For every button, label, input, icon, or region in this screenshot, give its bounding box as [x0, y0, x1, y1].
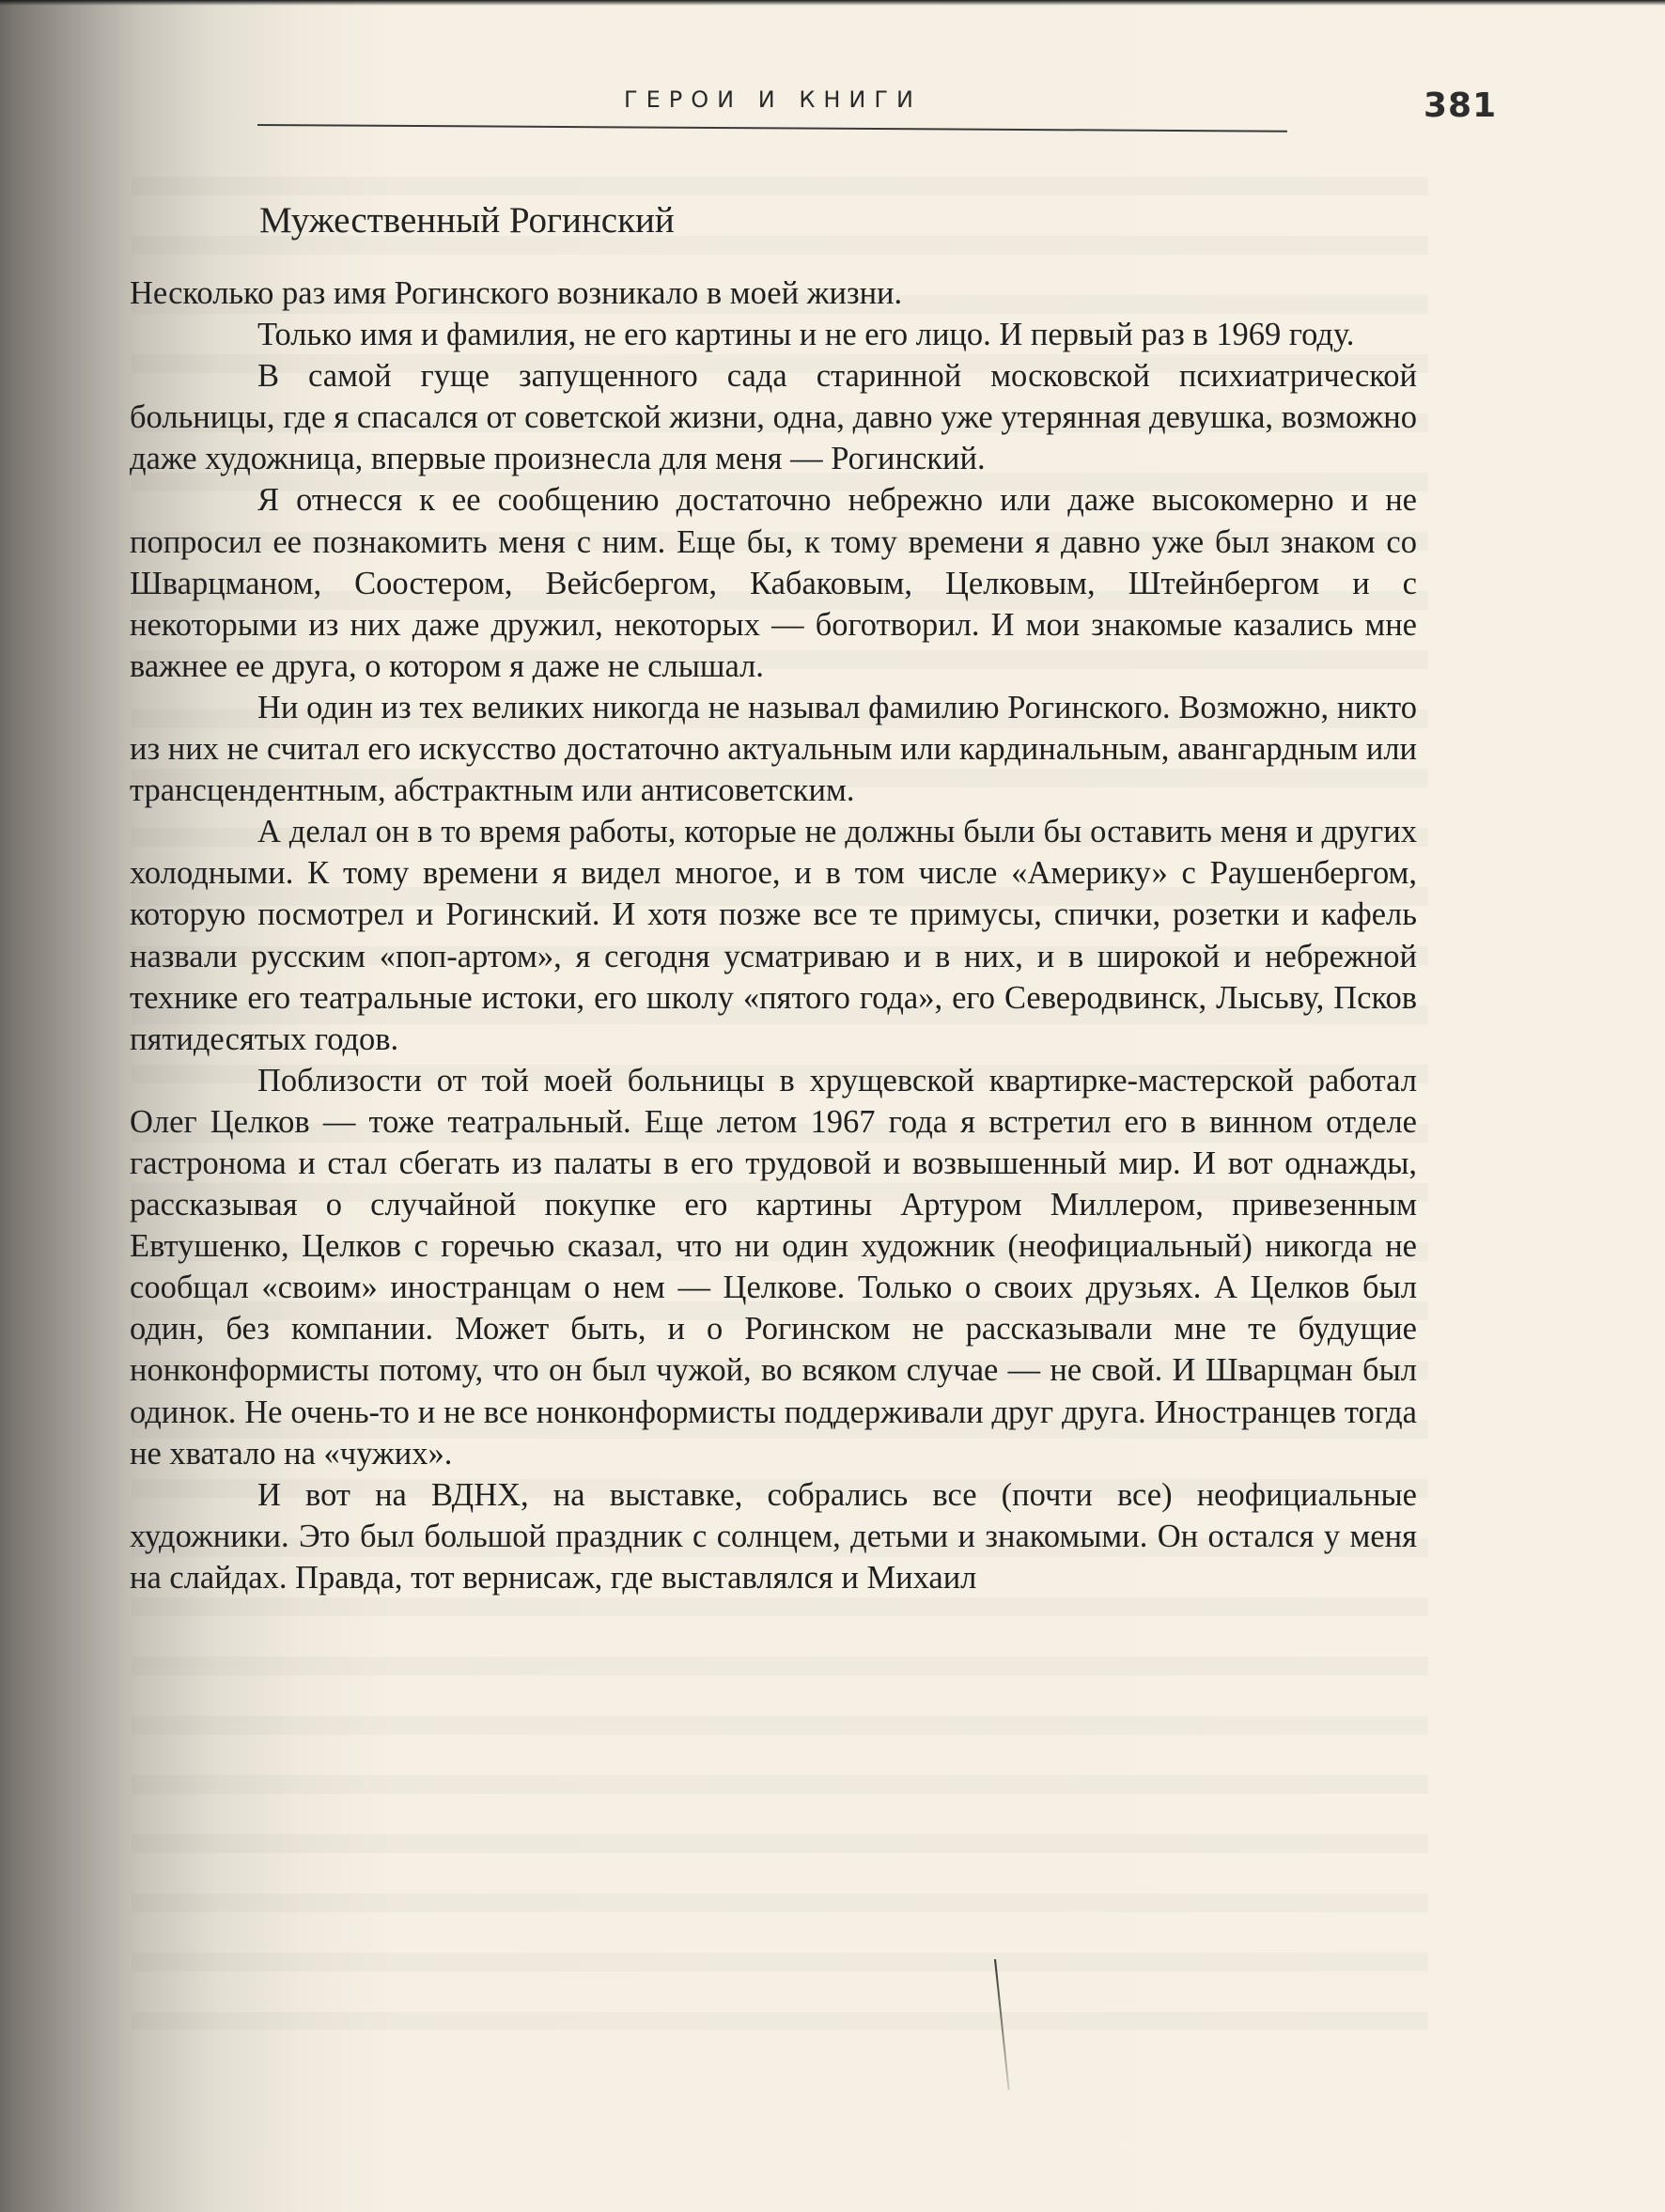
paragraph: А делал он в то время работы, которые не… — [130, 811, 1417, 1060]
running-title: ГЕРОИ И КНИГИ — [624, 86, 922, 113]
paragraph: Ни один из тех великих никогда не называ… — [130, 687, 1417, 811]
book-page: ГЕРОИ И КНИГИ 381 Мужественный Рогинский… — [0, 0, 1665, 2212]
paragraph: В самой гуще запущенного сада старинной … — [130, 355, 1417, 479]
paragraph: Несколько раз имя Рогинского возникало в… — [130, 273, 1417, 314]
paragraph: Поблизости от той моей больницы в хрущев… — [130, 1060, 1417, 1474]
page-number: 381 — [1424, 86, 1497, 125]
paragraph: Только имя и фамилия, не его картины и н… — [130, 314, 1417, 355]
paragraph: Я отнесся к ее сообщению достаточно небр… — [130, 479, 1417, 686]
body-text: Несколько раз имя Рогинского возникало в… — [130, 273, 1417, 1598]
chapter-title: Мужественный Рогинский — [259, 199, 675, 241]
paragraph: И вот на ВДНХ, на выставке, собрались вс… — [130, 1474, 1417, 1598]
running-header: ГЕРОИ И КНИГИ — [257, 86, 1287, 130]
header-rule — [257, 124, 1287, 132]
scan-edge-shadow — [0, 0, 1665, 6]
pen-mark — [994, 1959, 1010, 2090]
